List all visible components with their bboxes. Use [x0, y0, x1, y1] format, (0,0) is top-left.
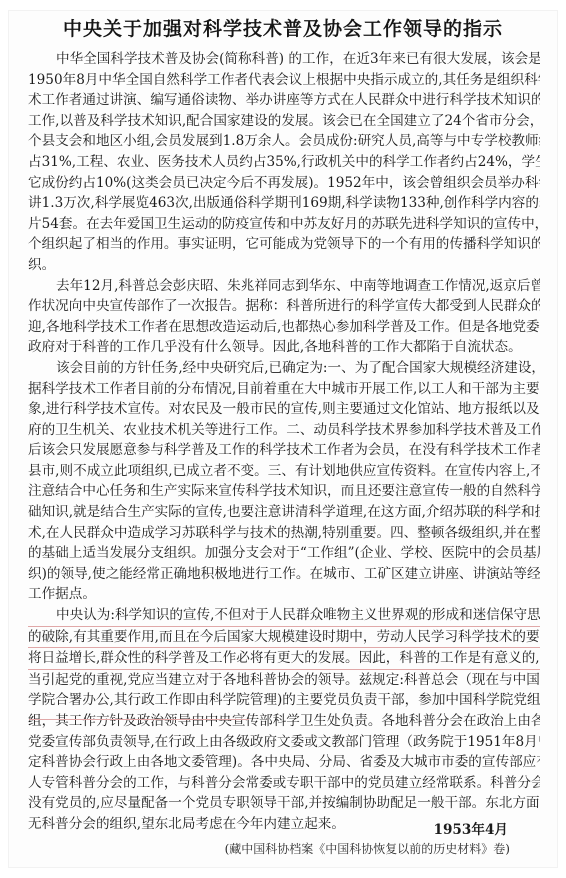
text-line: 人专管科普分会的工作，与科普分会常委或专职干部中的党员建立经常联系。科普分会中: [28, 773, 540, 794]
text-line: 政府对于科普的工作几乎没有什么领导。因此,各地科普的工作大都陷于自流状态。: [28, 337, 540, 358]
text-line: 没有党员的,应尽量配备一个党员专职领导干部,并按编制协助配足一般干部。东北方面尚: [28, 793, 540, 814]
text-line: 后该会只发展愿意参与科学普及工作的科学技术工作者为会员，在没有科学技术工作者的: [28, 440, 540, 461]
text-line: 作状况向中央宣传部作了一次报告。据称：科普所进行的科学宣传大都受到人民群众的欢: [28, 296, 540, 317]
document-date: 1953年4月: [434, 818, 508, 838]
text-line: 象,进行科学技术宣传。对农民及一般市民的宣传,则主要通过文化馆站、地方报纸以及政: [28, 399, 540, 420]
underlined-text-line: 将日益增长,群众性的科学普及工作必将有更大的发展。因此，科普的工作是有意义的,应: [28, 648, 540, 670]
text-line: 工作据点。: [28, 584, 540, 605]
text-line: 县市,则不成立此项组织,已成立者不变。三、有计划地供应宣传资料。在宣传内容上,不…: [28, 461, 540, 482]
text-line: 个组织起了相当的作用。事实证明，它可能成为党领导下的一个有用的传播科学知识的组: [28, 234, 540, 255]
text-line: 去年12月,科普总会彭庆昭、朱兆祥同志到华东、中南等地调查工作情况,返京后曾将工: [28, 276, 540, 297]
text-line: 术,在人民群众中造成学习苏联科学与技术的热潮,特别重要。四、整顿各级组织,并在整…: [28, 523, 540, 544]
underlined-text-line: 的破除,有其重要作用,而且在今后国家大规模建设时期中，劳动人民学习科学技术的要求: [28, 627, 540, 649]
text-line: 片54套。在去年爱国卫生运动的防疫宣传和中苏友好月的苏联先进科学知识的宣传中，这: [28, 214, 540, 235]
text-line: 迎,各地科学技术工作者在思想改造运动后,也都热心参加科学普及工作。但是各地党委和: [28, 317, 540, 338]
text-line: 的基础上适当发展分支组织。加强分支会对于“工作组”(企业、学校、医院中的会员基层…: [28, 543, 540, 564]
text-line: 术工作者通过讲演、编写通俗读物、举办讲座等方式在人民群众中进行科学技术知识的宣传: [28, 90, 540, 111]
text-line: 个县支会和地区小组,会员发展到1.8万余人。会员成份:研究人员,高等与中专学校教…: [28, 131, 540, 152]
text-line: 据科学技术工作者目前的分布情况,目前着重在大中城市开展工作,以工人和干部为主要对: [28, 379, 540, 400]
text-line: 1950年8月中华全国自然科学工作者代表会议上根据中央指示成立的,其任务是组织科…: [28, 70, 540, 91]
underline-segment: [29, 719, 249, 720]
text-line: 学院合署办公,其行政工作即由科学院管理)的主要党员负责干部，参加中国科学院党组小: [28, 690, 540, 711]
text-line: 中华全国科学技术普及协会(简称科普) 的工作，在近3年来已有很大发展，该会是在: [28, 49, 540, 70]
text-line: 础知识,就是结合生产实际的宣传,也要注意讲清科学道理,在这方面,介绍苏联的科学和…: [28, 502, 540, 523]
text-line: 府的卫生机关、农业技术机关等进行工作。二、动员科学技术界参加科学技术普及工作。今: [28, 420, 540, 441]
document-body: 中华全国科学技术普及协会(简称科普) 的工作，在近3年来已有很大发展，该会是在 …: [28, 49, 540, 835]
text-line: 该会目前的方针任务,经中央研究后,已确定为:一、为了配合国家大规模经济建设，根: [28, 358, 540, 379]
partially-underlined-text-line: 当引起党的重视,党应当建立对于各地科普协会的领导。兹规定:科普总会（现在与中国科: [28, 670, 540, 691]
text-line: 讲1.3万次,科学展览463次,出版通俗科学期刊169期,科学读物133种,创作…: [28, 193, 540, 214]
text-line: 组，其工作方针及政治领导由中央宣传部科学卫生处负责。各地科普分会在政治上由各地: [28, 711, 540, 732]
text-line: 织)的领导,使之能经常正确地积极地进行工作。在城市、工矿区建立讲座、讲演站等经常…: [28, 564, 540, 585]
underlined-text-line: 中央认为:科学知识的宣传,不但对于人民群众唯物主义世界观的形成和迷信保守思想: [28, 605, 540, 627]
text-line: 党委宣传部负责领导,在行政上由各级政府文委或文教部门管理（政务院于1951年8月…: [28, 732, 540, 753]
text-line: 注意结合中心任务和生产实际来宣传科学技术知识，而且还要注意宣传一般的自然科学基: [28, 481, 540, 502]
document-title: 中央关于加强对科学技术普及协会工作领导的指示: [0, 14, 566, 41]
text-line: 定科普协会行政上由各地文委管理)。各中央局、分局、省委及大城市市委的宣传部应有专: [28, 752, 540, 773]
text-line: 织。: [28, 255, 540, 276]
text-line: 占31%,工程、农业、医务技术人员约占35%,行政机关中的科学工作者约占24%，…: [28, 152, 540, 173]
source-citation: (藏中国科协档案《中国科协恢复以前的历史材料》卷): [225, 840, 510, 857]
text-line: 工作,以普及科学技术知识,配合国家建设的发展。该会已在全国建立了24个省市分会，…: [28, 111, 540, 132]
text-line: 它成份约占10%(这类会员已决定今后不再发展)。1952年中，该会曾组织会员举办…: [28, 173, 540, 194]
